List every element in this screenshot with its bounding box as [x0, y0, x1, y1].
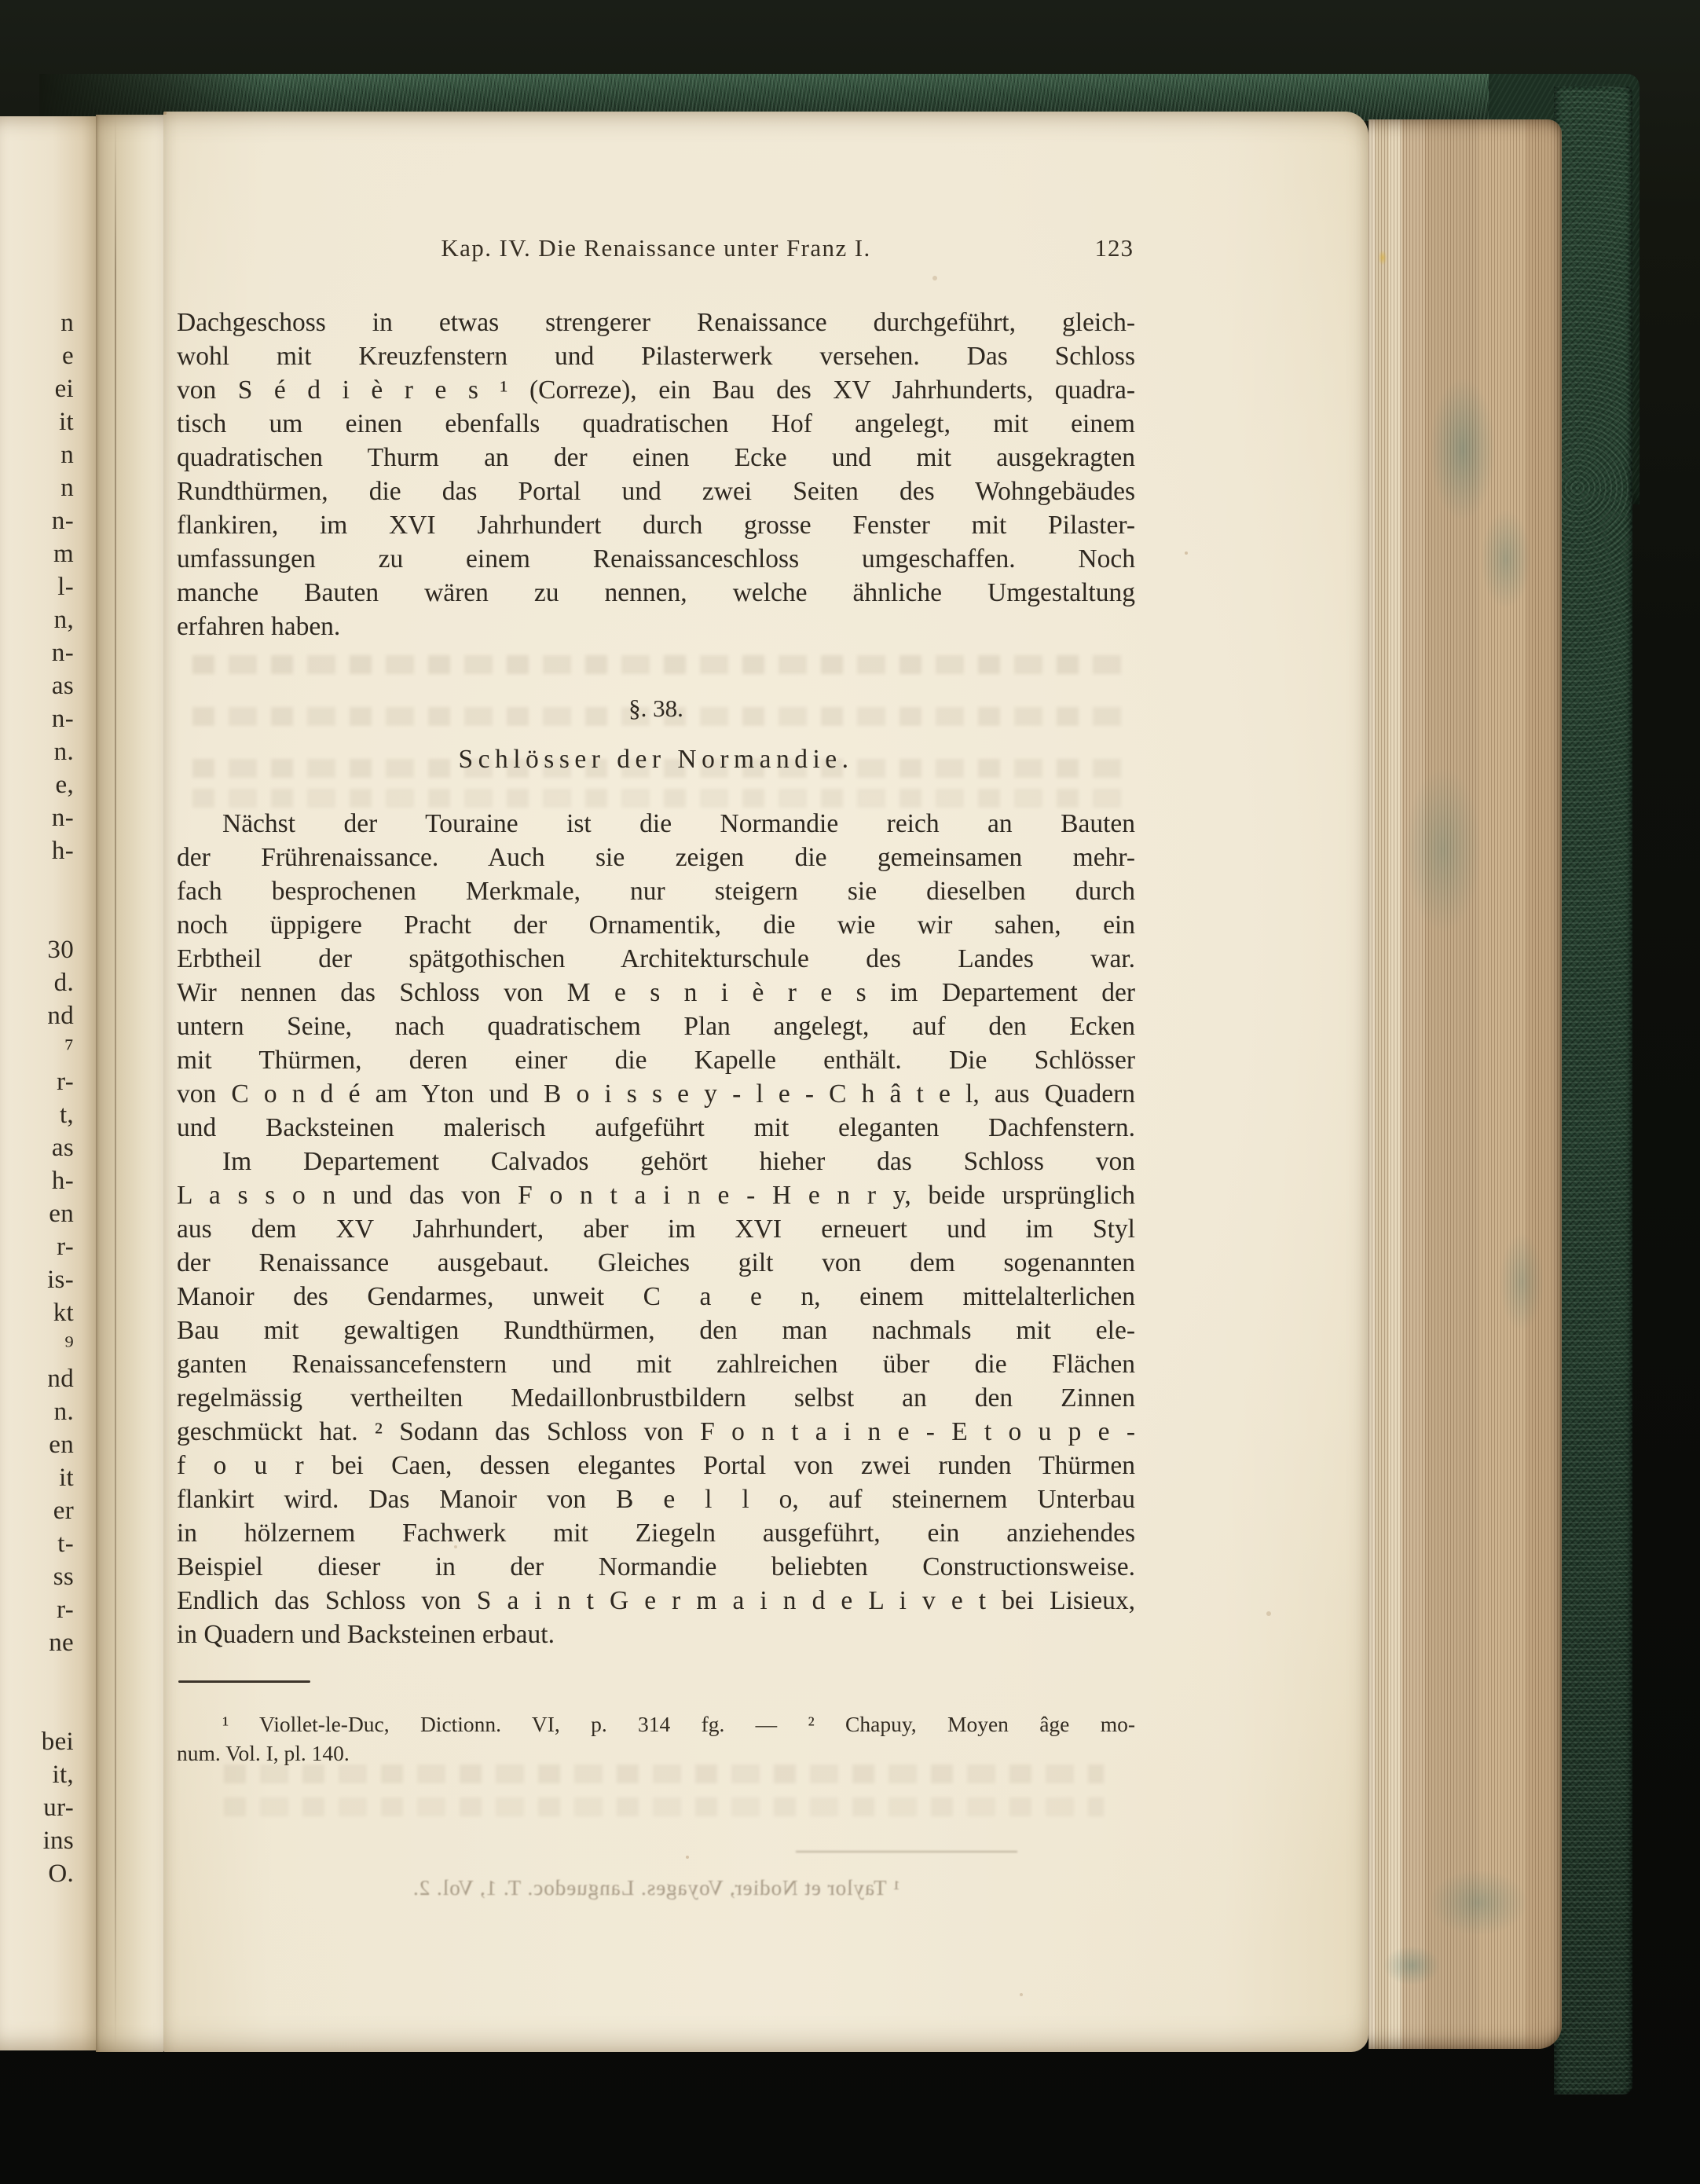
left-page-fragment: it,	[0, 1758, 74, 1791]
left-page-fragment: n.	[0, 1395, 74, 1428]
text-line: Erbtheil der spätgothischen Architekturs…	[177, 942, 1135, 976]
left-page-fragment: n-	[0, 702, 74, 735]
text-line: Dachgeschoss in etwas strengerer Renaiss…	[177, 306, 1135, 339]
left-page-fragment: r-	[0, 1593, 74, 1626]
text-line: ganten Renaissancefenstern und mit zahlr…	[177, 1347, 1135, 1381]
text-line: tisch um einen ebenfalls quadratischen H…	[177, 407, 1135, 441]
left-page-fragment: en	[0, 1197, 74, 1230]
left-page-fragment: t-	[0, 1527, 74, 1560]
left-page-fragment: n	[0, 306, 74, 339]
text-line: flankirt wird. Das Manoir von B e l l o,…	[177, 1482, 1135, 1516]
left-page-fragment: ins	[0, 1824, 74, 1857]
footnote-line: ¹ Viollet-le-Duc, Dictionn. VI, p. 314 f…	[177, 1709, 1135, 1739]
left-page-fragment: it	[0, 405, 74, 438]
bleed-through-text	[192, 655, 1127, 674]
text-line: geschmückt hat. ² Sodann das Schloss von…	[177, 1415, 1135, 1449]
section-mark: §. 38.	[177, 694, 1135, 723]
left-page-fragment: n-	[0, 636, 74, 669]
left-page-fragment: ss	[0, 1560, 74, 1593]
body-paragraph-3: Im Departement Calvados gehört hieher da…	[177, 1145, 1135, 1651]
text-line: noch üppigere Pracht der Ornamentik, die…	[177, 908, 1135, 942]
text-line: Rundthürmen, die das Portal und zwei Sei…	[177, 475, 1135, 508]
text-column: Kap. IV. Die Renaissance unter Franz I. …	[177, 112, 1135, 2052]
footnote-separator	[178, 1680, 310, 1683]
book-cover-right-edge	[1554, 86, 1632, 2094]
footnote: ¹ Viollet-le-Duc, Dictionn. VI, p. 314 f…	[177, 1709, 1135, 1768]
footnote-line: num. Vol. I, pl. 140.	[177, 1739, 1135, 1768]
left-page-fragment: l-	[0, 570, 74, 603]
left-page-fragment: en	[0, 1428, 74, 1461]
left-page-fragment: r-	[0, 1065, 74, 1098]
left-page-fragment: as	[0, 669, 74, 702]
left-page-fragment: it	[0, 1461, 74, 1494]
left-page-fragment: nd	[0, 999, 74, 1032]
left-page-fragment: ⁷	[0, 1032, 74, 1065]
text-line: untern Seine, nach quadratischem Plan an…	[177, 1010, 1135, 1043]
left-page-fragment: n-	[0, 801, 74, 834]
text-line: flankiren, im XVI Jahrhundert durch gros…	[177, 508, 1135, 542]
scanned-book-photo: { "page": { "running_head": "Kap. IV. Di…	[0, 0, 1700, 2184]
text-line: in Quadern und Backsteinen erbaut.	[177, 1618, 1135, 1651]
fore-edge-page-stack	[1368, 119, 1562, 2049]
text-line: und Backsteinen malerisch aufgeführt mit…	[177, 1111, 1135, 1145]
left-page-fragment: bei	[0, 1725, 74, 1758]
text-line: umfassungen zu einem Renaissanceschloss …	[177, 542, 1135, 576]
left-page-fragment: h-	[0, 834, 74, 867]
left-page-fragment	[0, 867, 74, 900]
left-page-fragment: e,	[0, 768, 74, 801]
left-page-fragment	[0, 1659, 74, 1692]
text-line: fach besprochenen Merkmale, nur steigern…	[177, 874, 1135, 908]
left-page-fragment: ne	[0, 1626, 74, 1659]
text-line: mit Thürmen, deren einer die Kapelle ent…	[177, 1043, 1135, 1077]
text-line: manche Bauten wären zu nennen, welche äh…	[177, 576, 1135, 610]
left-page-fragment: n-	[0, 504, 74, 537]
text-line: erfahren haben.	[177, 610, 1135, 643]
bleed-through-text	[192, 789, 1127, 808]
left-page-fragment: O.	[0, 1857, 74, 1890]
left-page-fragment: ei	[0, 372, 74, 405]
left-page-fragment	[0, 1692, 74, 1725]
left-page-fragment: nd	[0, 1362, 74, 1395]
book-gutter	[96, 115, 163, 2052]
left-page-fragment: 30	[0, 933, 74, 966]
left-page-fragment: n,	[0, 603, 74, 636]
body-paragraph-1: Dachgeschoss in etwas strengerer Renaiss…	[177, 306, 1135, 643]
paper-specks	[163, 112, 167, 115]
left-page-fragment: n.	[0, 735, 74, 768]
text-line: Wir nennen das Schloss von M e s n i è r…	[177, 976, 1135, 1010]
left-page-fragment: er	[0, 1494, 74, 1527]
left-page-fragment: r-	[0, 1230, 74, 1263]
text-line: in hölzernem Fachwerk mit Ziegeln ausgef…	[177, 1516, 1135, 1550]
section-title: Schlösser der Normandie.	[177, 745, 1135, 775]
text-line: quadratischen Thurm an der einen Ecke un…	[177, 441, 1135, 475]
text-line: von S é d i è r e s ¹ (Correze), ein Bau…	[177, 373, 1135, 407]
bleed-through-separator	[796, 1851, 1017, 1852]
text-line: von C o n d é am Yton und B o i s s e y …	[177, 1077, 1135, 1111]
left-page-line-fragments: neeiitnnn-ml-n,n-asn-n.e,n-h- 30d.nd⁷r-t…	[0, 306, 74, 1890]
left-page-fragment: ⁹	[0, 1329, 74, 1362]
page-number: 123	[1095, 234, 1134, 262]
text-line: Beispiel dieser in der Normandie beliebt…	[177, 1550, 1135, 1584]
left-page-fragment: n	[0, 471, 74, 504]
text-line: Manoir des Gendarmes, unweit C a e n, ei…	[177, 1280, 1135, 1314]
text-line: Endlich das Schloss von S a i n t G e r …	[177, 1584, 1135, 1618]
left-page-fragment: m	[0, 537, 74, 570]
text-line: regelmässig vertheilten Medaillonbrustbi…	[177, 1381, 1135, 1415]
text-line: Bau mit gewaltigen Rundthürmen, den man …	[177, 1314, 1135, 1347]
left-page-fragment: ur-	[0, 1791, 74, 1824]
running-head: Kap. IV. Die Renaissance unter Franz I.	[177, 234, 1135, 262]
text-line: der Frührenaissance. Auch sie zeigen die…	[177, 841, 1135, 874]
left-page-fragment: n	[0, 438, 74, 471]
left-page-fragment: d.	[0, 966, 74, 999]
text-line: Nächst der Touraine ist die Normandie re…	[177, 807, 1135, 841]
bleed-through-text	[224, 1797, 1104, 1816]
left-page-fragment: h-	[0, 1164, 74, 1197]
left-page-fragment: e	[0, 339, 74, 372]
text-line: aus dem XV Jahrhundert, aber im XVI erne…	[177, 1212, 1135, 1246]
left-page-fragment	[0, 900, 74, 933]
left-page-sliver: neeiitnnn-ml-n,n-asn-n.e,n-h- 30d.nd⁷r-t…	[0, 116, 96, 2050]
left-page-fragment: t,	[0, 1098, 74, 1131]
left-page-fragment: as	[0, 1131, 74, 1164]
left-page-fragment: is-	[0, 1263, 74, 1296]
book-page: Kap. IV. Die Renaissance unter Franz I. …	[163, 112, 1368, 2052]
body-paragraph-2: Nächst der Touraine ist die Normandie re…	[177, 807, 1135, 1145]
text-line: f o u r bei Caen, dessen elegantes Porta…	[177, 1449, 1135, 1482]
text-line: Im Departement Calvados gehört hieher da…	[177, 1145, 1135, 1178]
text-line: der Renaissance ausgebaut. Gleiches gilt…	[177, 1246, 1135, 1280]
text-line: wohl mit Kreuzfenstern und Pilasterwerk …	[177, 339, 1135, 373]
text-line: L a s s o n und das von F o n t a i n e …	[177, 1178, 1135, 1212]
bleed-through-mirrored-footnote: ¹ Taylor et Nodier, Voyages. Languedoc. …	[287, 1876, 1025, 1900]
left-page-fragment: kt	[0, 1296, 74, 1329]
